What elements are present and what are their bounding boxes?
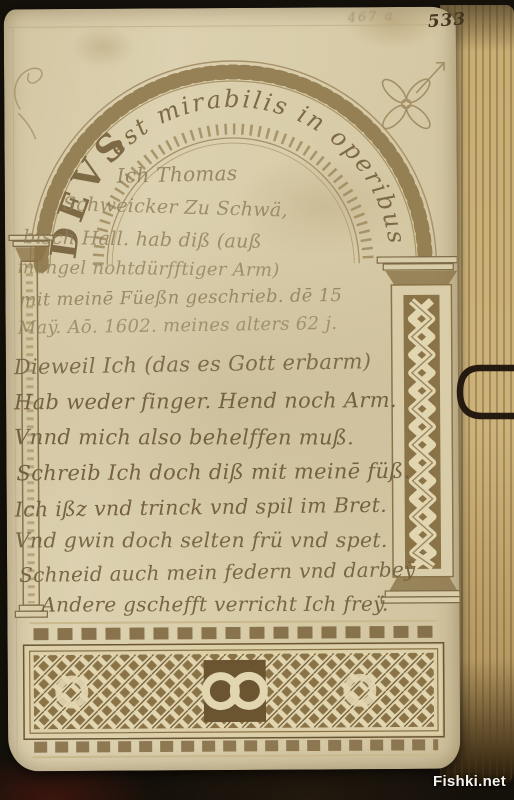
- manuscript-line: mit meinē Füeßn geschrieb. dē 15: [19, 285, 342, 311]
- manuscript-line: Dieweil Ich (das es Gott erbarm): [14, 349, 372, 379]
- book-clasp-icon: [452, 358, 514, 430]
- manuscript-line: Ich Thomas: [116, 161, 237, 188]
- site-watermark: Fishki.net: [433, 773, 506, 790]
- manuscript-line: Schreib Ich doch diß mit meinē füß.: [16, 459, 410, 485]
- manuscript-line: bisch Hall. hab diß (auß: [23, 226, 262, 253]
- manuscript-line: Maÿ. Aō. 1602. meines alters 62 j.: [17, 313, 337, 339]
- manuscript-line: Schneid auch mein federn vnd darbeÿ: [19, 557, 416, 587]
- manuscript-line: Andere gschefft verricht Ich freÿ.: [41, 592, 388, 617]
- handwritten-text-block: Ich Thomas Schweicker Zu Schwä, bisch Ha…: [4, 7, 461, 772]
- manuscript-line: Ich ißz vnd trinck vnd spil im Bret.: [15, 493, 388, 522]
- manuscript-line: Vnd gwin doch selten frü vnd spet.: [15, 528, 388, 552]
- manuscript-line: Hab weder finger. Hend noch Arm.: [14, 388, 397, 414]
- photo-background: DEVS est mirabilis in operibus suis.: [0, 0, 514, 800]
- manuscript-line: Vnnd mich also behelffen muß.: [14, 425, 354, 449]
- manuscript-line: Schweicker Zu Schwä,: [63, 193, 289, 221]
- manuscript-line: mangel nohtdürfftiger Arm): [17, 257, 280, 281]
- manuscript-page: DEVS est mirabilis in operibus suis.: [4, 7, 461, 772]
